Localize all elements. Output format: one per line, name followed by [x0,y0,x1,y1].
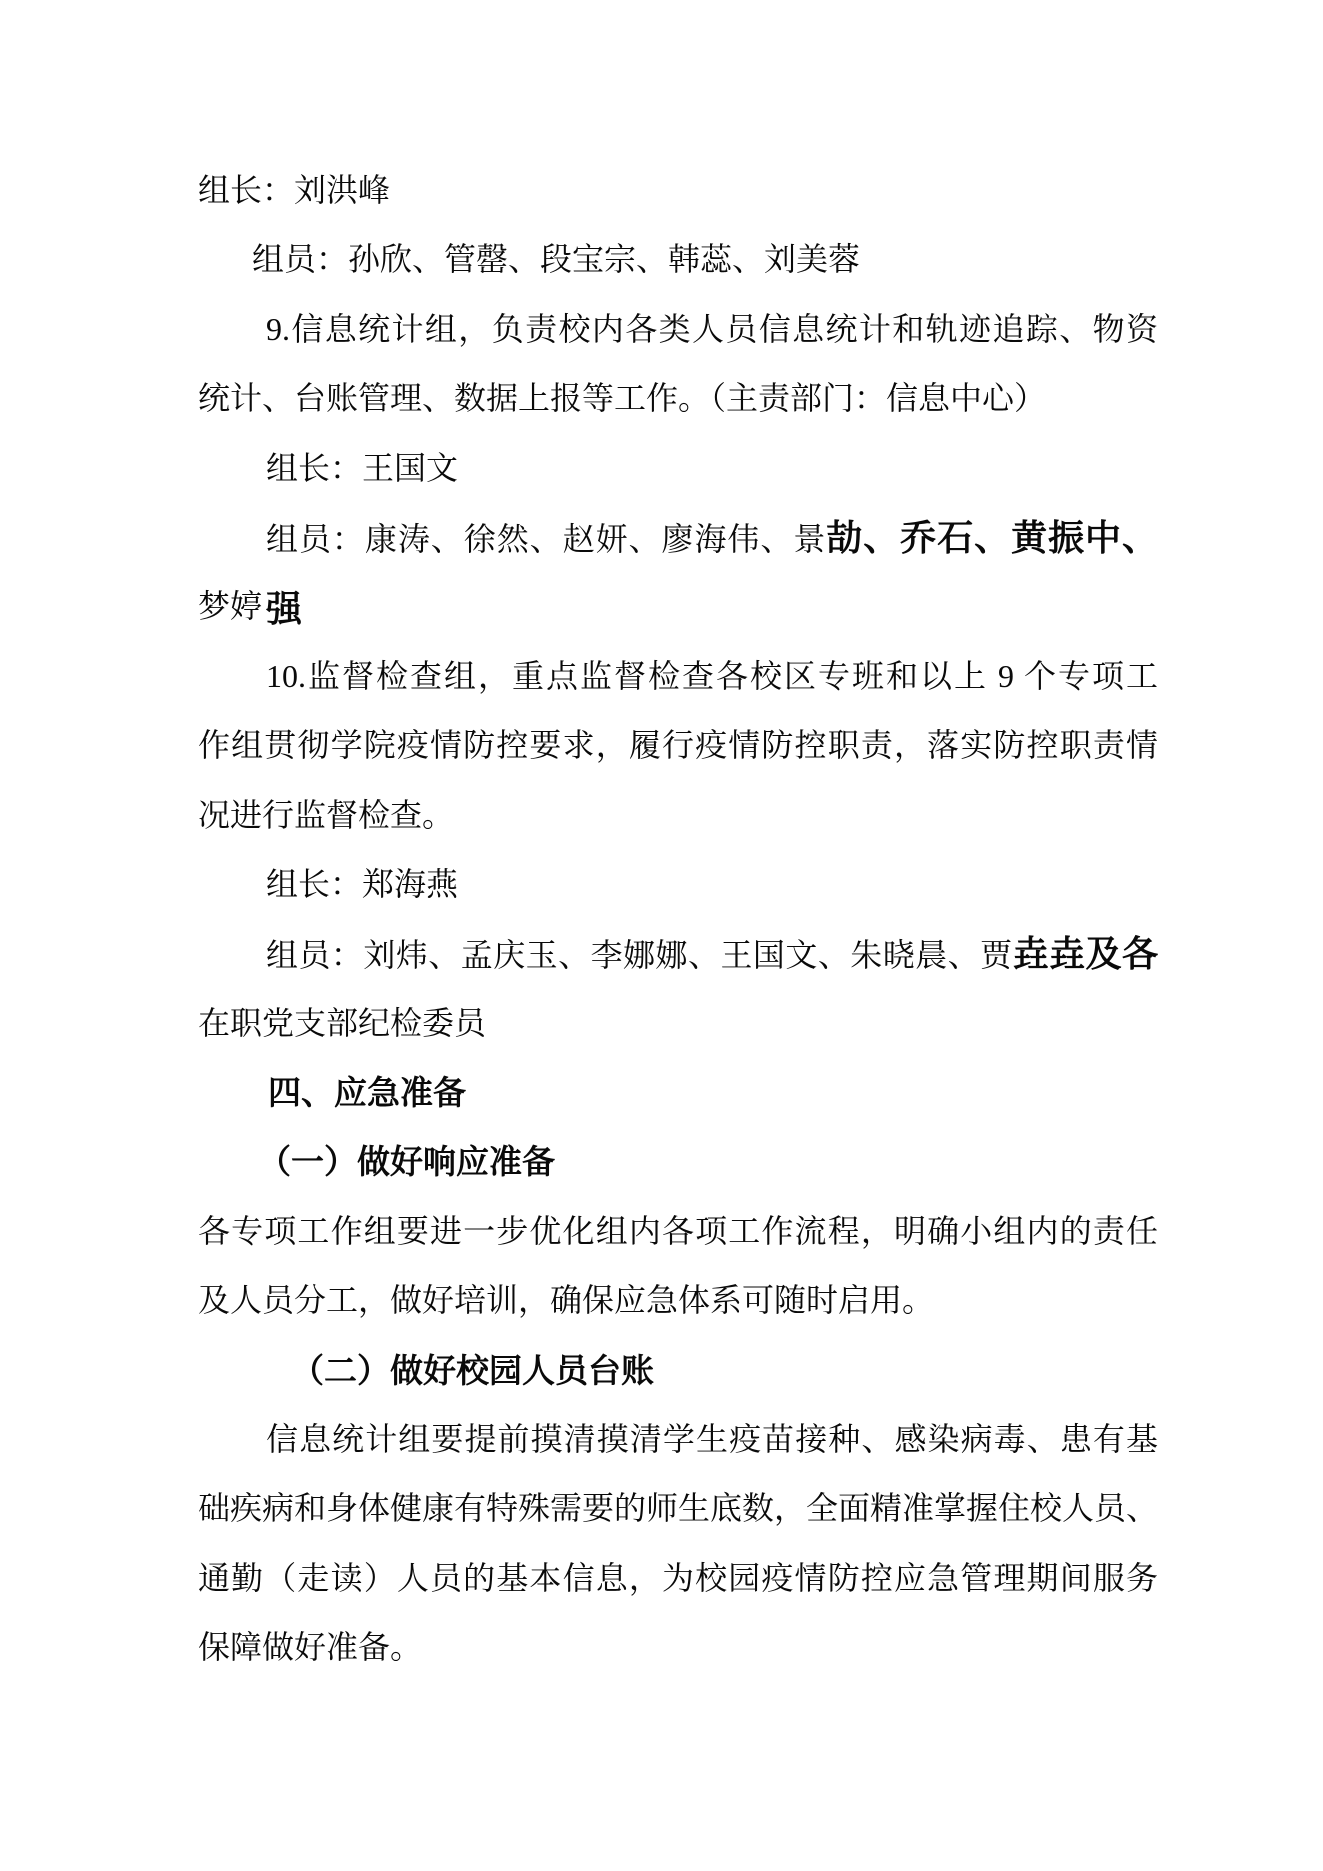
body-text: 10.监督检查组，重点监督检查各校区专班和以上 9 个专项工 [266,658,1158,694]
heading-text: 四、应急准备 [268,1074,466,1111]
text-line: 通勤（走读）人员的基本信息，为校园疫情防控应急管理期间服务 [198,1544,1158,1613]
body-text: 组长：王国文 [266,450,458,486]
text-line: 10.监督检查组，重点监督检查各校区专班和以上 9 个专项工 [198,642,1158,711]
text-line: 组长：王国文 [198,434,1158,503]
body-text: 础疾病和身体健康有特殊需要的师生底数，全面精准掌握住校人员、 [198,1490,1158,1526]
heading-text: （一）做好响应准备 [258,1143,555,1180]
text-line: 在职党支部纪检委员 [198,989,1158,1058]
body-text: 梦婷 [198,588,262,624]
heading-text: （二）做好校园人员台账 [291,1352,654,1389]
body-text: 组员：孙欣、管罄、段宝宗、韩蕊、刘美蓉 [252,241,860,277]
text-line: （二）做好校园人员台账 [198,1336,1158,1405]
body-text: 组员：康涛、徐然、赵妍、廖海伟、景 [266,521,826,557]
body-text: 在职党支部纪检委员 [198,1005,486,1041]
text-line: 组员：康涛、徐然、赵妍、廖海伟、景劼、乔石、黄振中、强 [198,503,1158,572]
text-line: 9.信息统计组，负责校内各类人员信息统计和轨迹追踪、物资 [198,295,1158,364]
text-line: 各专项工作组要进一步优化组内各项工作流程，明确小组内的责任 [198,1197,1158,1266]
body-text: 9.信息统计组，负责校内各类人员信息统计和轨迹追踪、物资 [266,311,1158,347]
text-line: 梦婷 [198,572,1158,641]
text-line: 统计、台账管理、数据上报等工作。（主责部门：信息中心） [198,364,1158,433]
body-text: 各专项工作组要进一步优化组内各项工作流程，明确小组内的责任 [198,1213,1158,1249]
body-text: 统计、台账管理、数据上报等工作。（主责部门：信息中心） [198,380,1046,416]
body-text: 组员：刘炜、孟庆玉、李娜娜、王国文、朱晓晨、贾 [266,937,1013,973]
body-text: 保障做好准备。 [198,1629,422,1665]
text-line: 四、应急准备 [198,1058,1158,1127]
document-page: 组长：刘洪峰组员：孙欣、管罄、段宝宗、韩蕊、刘美蓉9.信息统计组，负责校内各类人… [0,0,1323,1871]
text-line: 作组贯彻学院疫情防控要求，履行疫情防控职责，落实防控职责情 [198,711,1158,780]
fallback-font-text: 垚垚及各 [1013,933,1158,974]
body-text: 组长：刘洪峰 [198,172,390,208]
text-line: 组员：刘炜、孟庆玉、李娜娜、王国文、朱晓晨、贾垚垚及各 [198,919,1158,988]
body-text: 作组贯彻学院疫情防控要求，履行疫情防控职责，落实防控职责情 [198,727,1158,763]
body-text: 况进行监督检查。 [198,797,454,833]
body-text: 信息统计组要提前摸清摸清学生疫苗接种、感染病毒、患有基 [266,1421,1158,1457]
text-line: 组长：郑海燕 [198,850,1158,919]
body-text: 及人员分工，做好培训，确保应急体系可随时启用。 [198,1282,934,1318]
body-text: 组长：郑海燕 [266,866,458,902]
body-text: 通勤（走读）人员的基本信息，为校园疫情防控应急管理期间服务 [198,1560,1158,1596]
text-line: 况进行监督检查。 [198,781,1158,850]
document-body: 组长：刘洪峰组员：孙欣、管罄、段宝宗、韩蕊、刘美蓉9.信息统计组，负责校内各类人… [198,156,1158,1683]
text-line: 及人员分工，做好培训，确保应急体系可随时启用。 [198,1266,1158,1335]
text-line: 组员：孙欣、管罄、段宝宗、韩蕊、刘美蓉 [198,225,1158,294]
text-line: 础疾病和身体健康有特殊需要的师生底数，全面精准掌握住校人员、 [198,1474,1158,1543]
text-line: 保障做好准备。 [198,1613,1158,1682]
text-line: 组长：刘洪峰 [198,156,1158,225]
text-line: 信息统计组要提前摸清摸清学生疫苗接种、感染病毒、患有基 [198,1405,1158,1474]
text-line: （一）做好响应准备 [198,1127,1158,1196]
